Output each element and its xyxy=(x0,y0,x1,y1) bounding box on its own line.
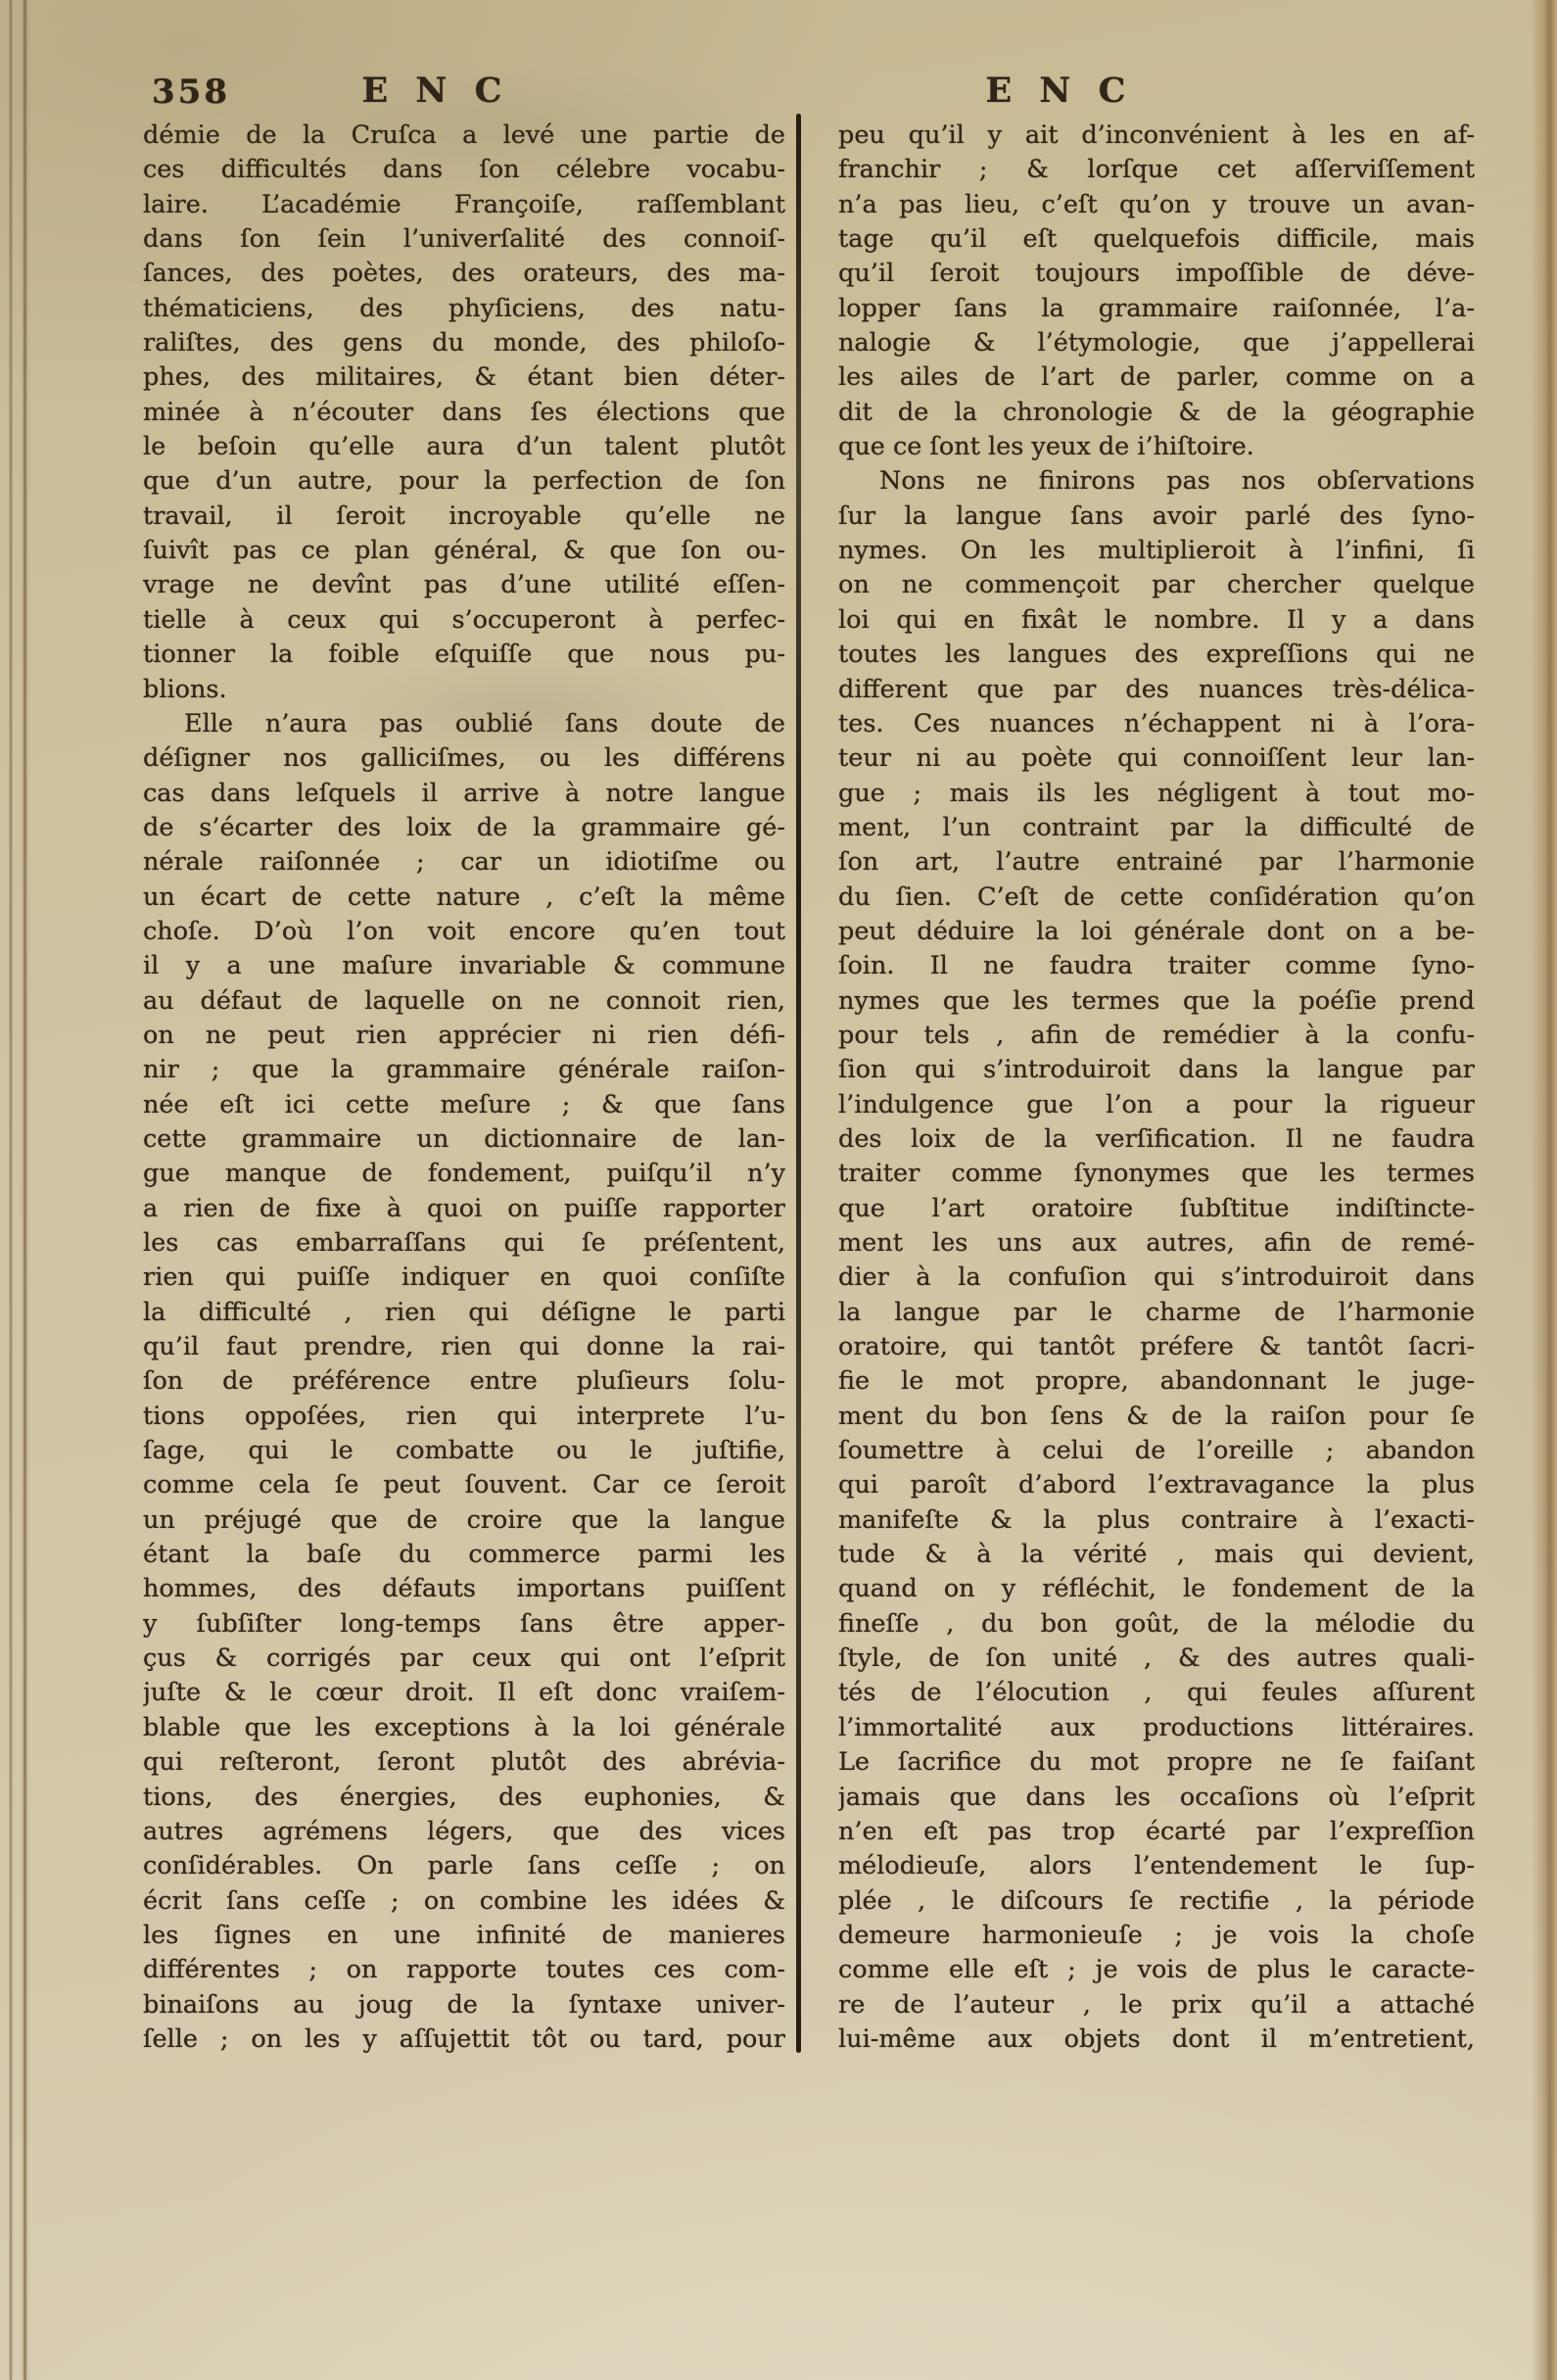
page-number: 358 xyxy=(152,72,230,112)
text-line: mélodieuſe, alors l’entendement le ſup- xyxy=(838,1849,1475,1883)
text-line: ment, l’un contraint par la difficulté d… xyxy=(838,811,1475,845)
text-line: n’a pas lieu, c’eſt qu’on y trouve un av… xyxy=(838,188,1475,222)
text-line: la langue par le charme de l’harmonie xyxy=(838,1296,1475,1330)
text-line: les cas embarraſſans qui ſe préſentent, xyxy=(143,1226,785,1261)
text-line: ment les uns aux autres, afin de remé- xyxy=(838,1226,1475,1261)
text-line: hommes, des défauts importans puiſſent xyxy=(143,1572,785,1606)
text-line: Nons ne finirons pas nos obſervations xyxy=(838,464,1475,499)
text-line: qu’il ſeroit toujours impoſſible de déve… xyxy=(838,257,1475,291)
text-line: different que par des nuances très-délic… xyxy=(838,673,1475,707)
text-line: ſoin. Il ne faudra traiter comme ſyno- xyxy=(838,949,1475,983)
text-line: née eſt ici cette meſure ; & que ſans xyxy=(143,1088,785,1122)
text-line: Elle n’aura pas oublié ſans doute de xyxy=(143,707,785,741)
text-line: ſuivît pas ce plan général, & que ſon ou… xyxy=(143,534,785,568)
text-line: jamais que dans les occaſions où l’eſpri… xyxy=(838,1781,1475,1815)
text-line: dans ſon ſein l’univerſalité des connoiſ… xyxy=(143,222,785,257)
text-line: que d’un autre, pour la perfection de ſo… xyxy=(143,464,785,499)
text-line: gue ; mais ils les négligent à tout mo- xyxy=(838,777,1475,811)
text-line: un préjugé que de croire que la langue xyxy=(143,1503,785,1538)
text-line: y ſubſiſter long-temps ſans être apper- xyxy=(143,1607,785,1642)
page-edge xyxy=(1532,0,1557,2380)
text-line: que l’art oratoire ſubſtitue indiſtincte… xyxy=(838,1192,1475,1226)
text-line: dier à la confuſion qui s’introduiroit d… xyxy=(838,1261,1475,1295)
running-title-right: E N C xyxy=(962,71,1157,111)
text-line: lopper ſans la grammaire raiſonnée, l’a- xyxy=(838,292,1475,326)
text-line: minée à n’écouter dans ſes élections que xyxy=(143,396,785,430)
column-divider-rule xyxy=(796,114,801,2053)
text-line: comme elle eſt ; je vois de plus le cara… xyxy=(838,1953,1475,1987)
text-line: re de l’auteur , le prix qu’il a attaché xyxy=(838,1988,1475,2023)
text-line: conſidérables. On parle ſans ceſſe ; on xyxy=(143,1849,785,1883)
text-line: manifeſte & la plus contraire à l’exacti… xyxy=(838,1503,1475,1538)
text-line: Le ſacrifice du mot propre ne ſe faiſant xyxy=(838,1745,1475,1780)
text-line: écrit ſans ceſſe ; on combine les idées … xyxy=(143,1884,785,1919)
text-line: blions. xyxy=(143,673,785,707)
text-line: ces difficultés dans ſon célebre vocabu- xyxy=(143,153,785,187)
text-line: nalogie & l’étymologie, que j’appellerai xyxy=(838,326,1475,360)
text-line: tions oppoſées, rien qui interprete l’u- xyxy=(143,1400,785,1434)
page-fold-line xyxy=(24,0,26,2380)
text-line: plée , le diſcours ſe rectifie , la péri… xyxy=(838,1884,1475,1919)
text-line: franchir ; & lorſque cet aſſerviſſement xyxy=(838,153,1475,187)
text-line: loi qui en fixât le nombre. Il y a dans xyxy=(838,603,1475,638)
scanned-book-page: 358 E N C E N C démie de la Cruſca a lev… xyxy=(0,0,1557,2380)
text-line: l’immortalité aux productions littéraire… xyxy=(838,1711,1475,1745)
text-line: lui-même aux objets dont il m’entretient… xyxy=(838,2023,1475,2057)
text-line: laire. L’académie Françoiſe, raſſemblant xyxy=(143,188,785,222)
text-line: oratoire, qui tantôt préfere & tantôt ſa… xyxy=(838,1330,1475,1364)
text-line: gue manque de fondement, puiſqu’il n’y xyxy=(143,1157,785,1191)
text-line: ſon de préférence entre pluſieurs ſolu- xyxy=(143,1364,785,1399)
text-line: ſelle ; on les y aſſujettit tôt ou tard,… xyxy=(143,2023,785,2057)
text-line: le beſoin qu’elle aura d’un talent plutô… xyxy=(143,430,785,464)
text-line: tés de l’élocution , qui feules aſſurent xyxy=(838,1676,1475,1710)
text-line: toutes les langues des expreſſions qui n… xyxy=(838,638,1475,672)
text-line: on ne peut rien apprécier ni rien défi- xyxy=(143,1019,785,1053)
text-line: raliſtes, des gens du monde, des philoſo… xyxy=(143,326,785,360)
text-line: cas dans leſquels il arrive à notre lang… xyxy=(143,777,785,811)
text-line: rien qui puiſſe indiquer en quoi conſiſt… xyxy=(143,1261,785,1295)
text-line: fineſſe , du bon goût, de la mélodie du xyxy=(838,1607,1475,1642)
text-line: n’en eſt pas trop écarté par l’expreſſio… xyxy=(838,1815,1475,1849)
text-line: ment du bon ſens & de la raiſon pour ſe xyxy=(838,1400,1475,1434)
text-line: qu’il faut prendre, rien qui donne la ra… xyxy=(143,1330,785,1364)
text-line: ſoumettre à celui de l’oreille ; abandon xyxy=(838,1434,1475,1468)
text-line: ſtyle, de ſon unité , & des autres quali… xyxy=(838,1642,1475,1676)
text-line: du ſien. C’eſt de cette conſidération qu… xyxy=(838,881,1475,915)
running-title-left: E N C xyxy=(338,71,534,111)
text-line: les ſignes en une infinité de manieres xyxy=(143,1919,785,1953)
text-line: ſur la langue ſans avoir parlé des ſyno- xyxy=(838,500,1475,534)
text-line: comme cela ſe peut ſouvent. Car ce ſeroi… xyxy=(143,1468,785,1502)
text-line: fie le mot propre, abandonnant le juge- xyxy=(838,1364,1475,1399)
text-line: ſion qui s’introduiroit dans la langue p… xyxy=(838,1053,1475,1087)
right-text-column: peu qu’il y ait d’inconvénient à les en … xyxy=(838,119,1475,2057)
text-line: tude & à la vérité , mais qui devient, xyxy=(838,1538,1475,1572)
text-line: ſon art, l’autre entrainé par l’harmonie xyxy=(838,845,1475,880)
text-line: déſigner nos galliciſmes, ou les différe… xyxy=(143,741,785,776)
text-line: qui paroît d’abord l’extravagance la plu… xyxy=(838,1468,1475,1502)
text-line: de s’écarter des loix de la grammaire gé… xyxy=(143,811,785,845)
text-line: tes. Ces nuances n’échappent ni à l’ora- xyxy=(838,707,1475,741)
text-line: thématiciens, des phyſiciens, des natu- xyxy=(143,292,785,326)
text-line: travail, il ſeroit incroyable qu’elle ne xyxy=(143,500,785,534)
text-line: dit de la chronologie & de la géographie xyxy=(838,396,1475,430)
text-line: phes, des militaires, & étant bien déter… xyxy=(143,360,785,395)
text-line: il y a une maſure invariable & commune xyxy=(143,949,785,983)
text-line: des loix de la verſification. Il ne faud… xyxy=(838,1122,1475,1157)
text-line: nymes. On les multiplieroit à l’infini, … xyxy=(838,534,1475,568)
text-line: demeure harmonieuſe ; je vois la choſe xyxy=(838,1919,1475,1953)
text-line: ſances, des poètes, des orateurs, des ma… xyxy=(143,257,785,291)
text-line: quand on y réfléchit, le fondement de la xyxy=(838,1572,1475,1606)
text-line: vrage ne devînt pas d’une utilité eſſen- xyxy=(143,568,785,602)
page-fold-line xyxy=(10,0,12,2380)
text-line: que ce ſont les yeux de i’hiſtoire. xyxy=(838,430,1475,464)
text-line: démie de la Cruſca a levé une partie de xyxy=(143,119,785,153)
text-line: choſe. D’où l’on voit encore qu’en tout xyxy=(143,915,785,949)
text-line: traiter comme ſynonymes que les termes xyxy=(838,1157,1475,1191)
text-line: a rien de fixe à quoi on puiſſe rapporte… xyxy=(143,1192,785,1226)
text-line: l’indulgence gue l’on a pour la rigueur xyxy=(838,1088,1475,1122)
text-line: tielle à ceux qui s’occuperont à perfec- xyxy=(143,603,785,638)
text-line: juſte & le cœur droit. Il eſt donc vraiſ… xyxy=(143,1676,785,1710)
text-line: au défaut de laquelle on ne connoit rien… xyxy=(143,984,785,1019)
text-line: cette grammaire un dictionnaire de lan- xyxy=(143,1122,785,1157)
left-text-column: démie de la Cruſca a levé une partie dec… xyxy=(143,119,785,2057)
text-line: nir ; que la grammaire générale raiſon- xyxy=(143,1053,785,1087)
text-line: on ne commençoit par chercher quelque xyxy=(838,568,1475,602)
text-line: les ailes de l’art de parler, comme on a xyxy=(838,360,1475,395)
text-line: la difficulté , rien qui déſigne le part… xyxy=(143,1296,785,1330)
text-line: peut déduire la loi générale dont on a b… xyxy=(838,915,1475,949)
text-line: nérale raiſonnée ; car un idiotiſme ou xyxy=(143,845,785,880)
text-line: étant la baſe du commerce parmi les xyxy=(143,1538,785,1572)
text-line: différentes ; on rapporte toutes ces com… xyxy=(143,1953,785,1987)
text-line: qui reſteront, ſeront plutôt des abrévia… xyxy=(143,1745,785,1780)
text-line: çus & corrigés par ceux qui ont l’eſprit xyxy=(143,1642,785,1676)
text-line: blable que les exceptions à la loi génér… xyxy=(143,1711,785,1745)
text-line: tage qu’il eſt quelquefois difficile, ma… xyxy=(838,222,1475,257)
text-line: autres agrémens légers, que des vices xyxy=(143,1815,785,1849)
text-line: tionner la foible eſquiſſe que nous pu- xyxy=(143,638,785,672)
text-line: peu qu’il y ait d’inconvénient à les en … xyxy=(838,119,1475,153)
text-line: un écart de cette nature , c’eſt la même xyxy=(143,881,785,915)
text-line: pour tels , afin de remédier à la confu- xyxy=(838,1019,1475,1053)
text-line: teur ni au poète qui connoiſſent leur la… xyxy=(838,741,1475,776)
text-line: ſage, qui le combatte ou le juſtifie, xyxy=(143,1434,785,1468)
text-line: tions, des énergies, des euphonies, & xyxy=(143,1781,785,1815)
text-line: nymes que les termes que la poéſie prend xyxy=(838,984,1475,1019)
text-line: binaiſons au joug de la ſyntaxe univer- xyxy=(143,1988,785,2023)
